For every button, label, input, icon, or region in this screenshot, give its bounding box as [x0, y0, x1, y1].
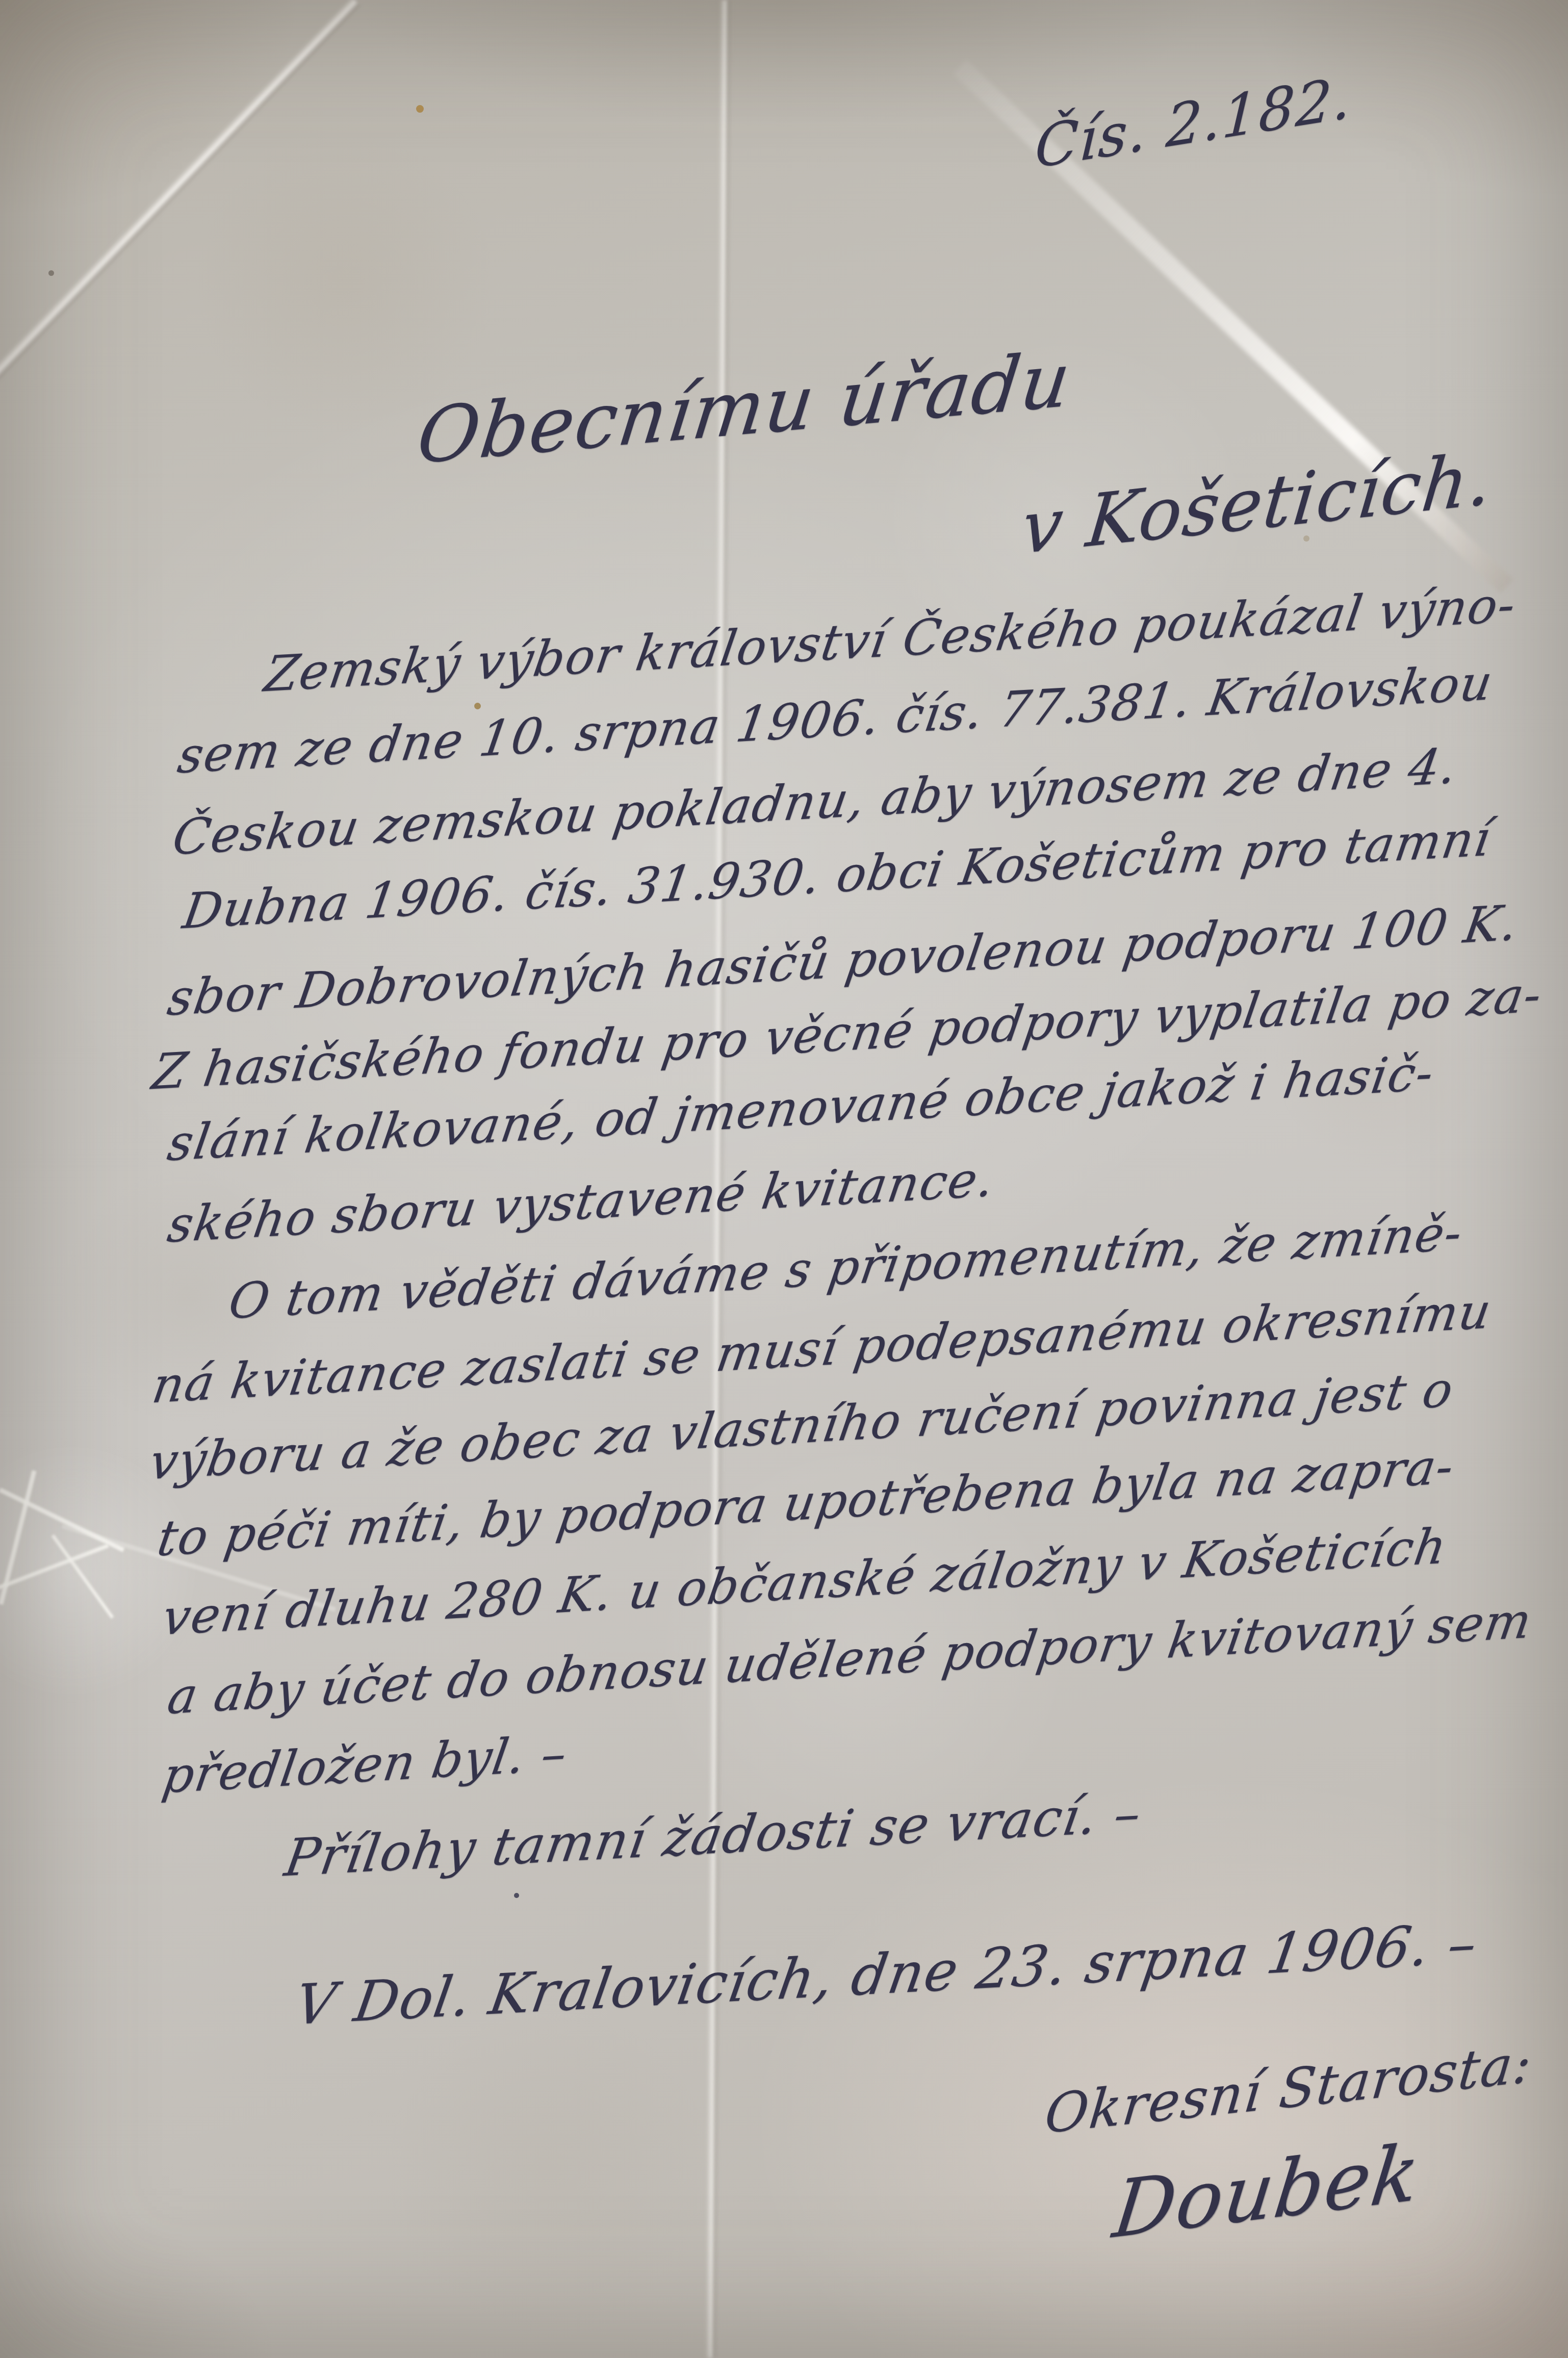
paper-stain — [48, 270, 54, 276]
paper-stain — [416, 105, 424, 113]
signature-name: Doubek — [1109, 2126, 1425, 2257]
reference-number: Čís. 2.182. — [1034, 64, 1354, 182]
body-line: předložen byl. – — [159, 1725, 571, 1804]
addressee-line-1: Obecnímu úřadu — [413, 335, 1076, 481]
addressee-line-2: v Košeticích. — [1018, 437, 1497, 571]
letter-photo: Čís. 2.182. Obecnímu úřadu v Košeticích.… — [0, 0, 1568, 2358]
ink-dot — [514, 1893, 519, 1898]
signature-title: Okresní Starosta: — [1042, 2032, 1535, 2146]
top-left-diagonal-crease — [0, 0, 361, 388]
attachments-line: Přílohy tamní žádosti se vrací. – — [281, 1783, 1146, 1888]
paper-stain — [474, 703, 481, 709]
dateline: V Dol. Kralovicích, dne 23. srpna 1906. … — [291, 1911, 1482, 2038]
